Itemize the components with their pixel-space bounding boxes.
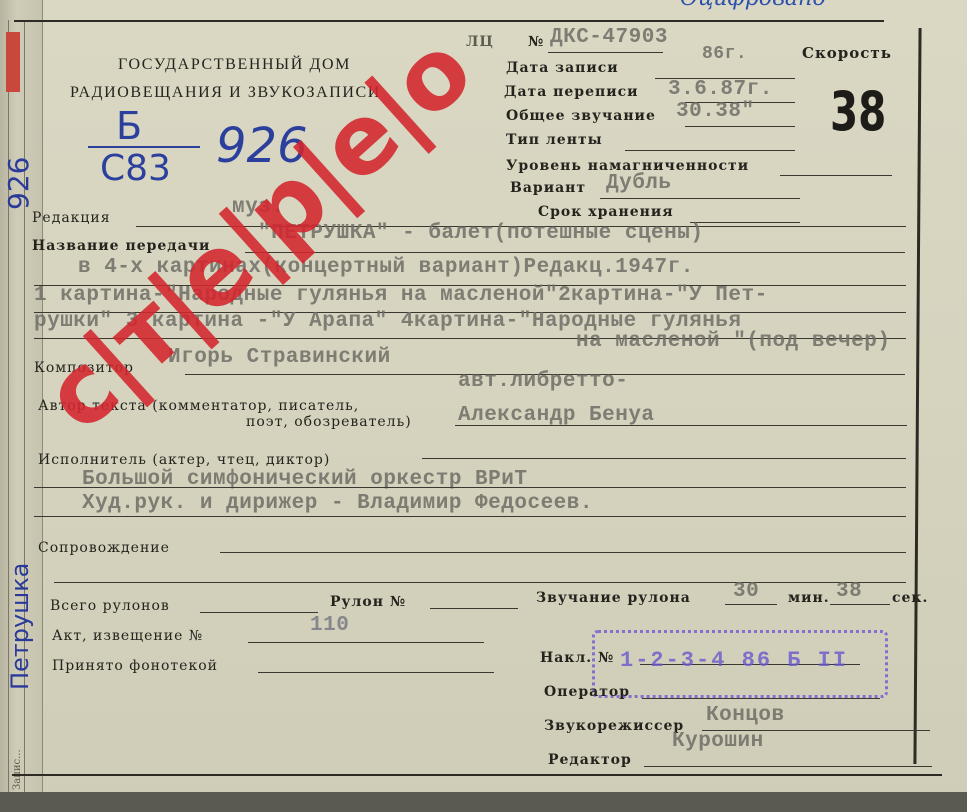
roll-no-rule [430,608,518,609]
act-label: Акт, извещение № [52,628,203,644]
accompaniment-rule [220,552,906,553]
roll-sound-label: Звучание рулона [536,590,691,606]
magnetization-rule [780,175,892,176]
total-sound-rule [685,126,795,127]
spine-number: 926 [2,157,35,210]
catalog-numerator: Б [116,104,142,148]
tape-record-card: 926 Петрушка Запис... Оцифровано ГОСУДАР… [0,0,967,812]
accepted-label: Принято фонотекой [52,658,218,674]
author-value: Александр Бенуа [458,404,655,427]
rewrite-date-value: 3.6.87г. [668,78,773,101]
spine-title: Петрушка [6,563,34,690]
title-line: на масленой "(под вечер) [576,330,890,353]
shadow [0,792,967,812]
variant-rule [600,198,800,199]
editor-label: Редактор [548,752,632,768]
accepted-rule [258,672,494,673]
total-sound-label: Общее звучание [506,108,656,124]
sound-director-value: Концов [706,704,785,727]
storage-label: Срок хранения [538,204,674,220]
variant-label: Вариант [510,180,586,196]
total-rolls-rule [200,612,318,613]
number-rule [548,52,663,53]
number-value: ДКС-47903 [550,26,668,49]
roll-minutes-rule [725,604,777,605]
editor-value: Курошин [672,730,764,753]
author-rule [455,425,907,426]
accompaniment-rule [54,582,906,583]
spine-red-tab [6,32,20,92]
seconds-label: сек. [892,590,928,606]
card-spine: 926 Петрушка Запис... [0,0,43,812]
roll-seconds-value: 38 [836,580,862,603]
digitized-note: Оцифровано [680,0,826,11]
tape-type-label: Тип ленты [506,132,603,148]
accompaniment-label: Сопровождение [38,540,170,556]
bottom-border [12,774,942,776]
operator-label: Оператор [544,684,630,700]
title-rule [245,252,905,253]
tape-type-rule [625,150,795,151]
spine-printed-label: Запис... [12,749,23,790]
performer-rule [34,487,906,488]
storage-rule [690,222,800,223]
total-sound-value: 30.38" [676,100,755,123]
roll-minutes-value: 30 [733,580,759,603]
institution-line-1: ГОСУДАРСТВЕННЫЙ ДОМ [118,56,351,74]
speed-label: Скорость [802,44,892,62]
act-value: 110 [310,614,349,637]
performer-label: Исполнитель (актер, чтец, диктор) [38,452,330,468]
top-border [14,20,884,22]
author-label-2: поэт, обозреватель) [246,414,412,430]
libretto-note: авт.либретто- [458,370,628,393]
performer-rule [34,516,906,517]
record-date-value: 86г. [702,44,747,64]
minutes-label: мин. [788,590,830,606]
speed-value: 38 [830,80,886,143]
editorial-label: Редакция [32,210,111,226]
roll-no-label: Рулон № [330,594,406,610]
variant-value: Дубль [606,172,672,195]
lc-label: ЛЦ [466,34,494,50]
performer-rule [422,458,906,459]
total-rolls-label: Всего рулонов [50,598,170,614]
sound-director-label: Звукорежиссер [544,718,684,734]
editor-rule [644,766,932,767]
right-border [913,28,921,764]
number-label: № [528,34,544,50]
rewrite-date-label: Дата переписи [504,84,639,100]
act-rule [248,642,484,643]
performer-line: Худ.рук. и дирижер - Владимир Федосеев. [82,492,593,515]
roll-seconds-rule [830,604,890,605]
record-date-label: Дата записи [506,60,619,76]
invoice-stamp-text: 1-2-3-4 86 Б II [620,648,848,673]
catalog-denominator: С83 [100,148,171,189]
operator-rule [642,698,880,699]
